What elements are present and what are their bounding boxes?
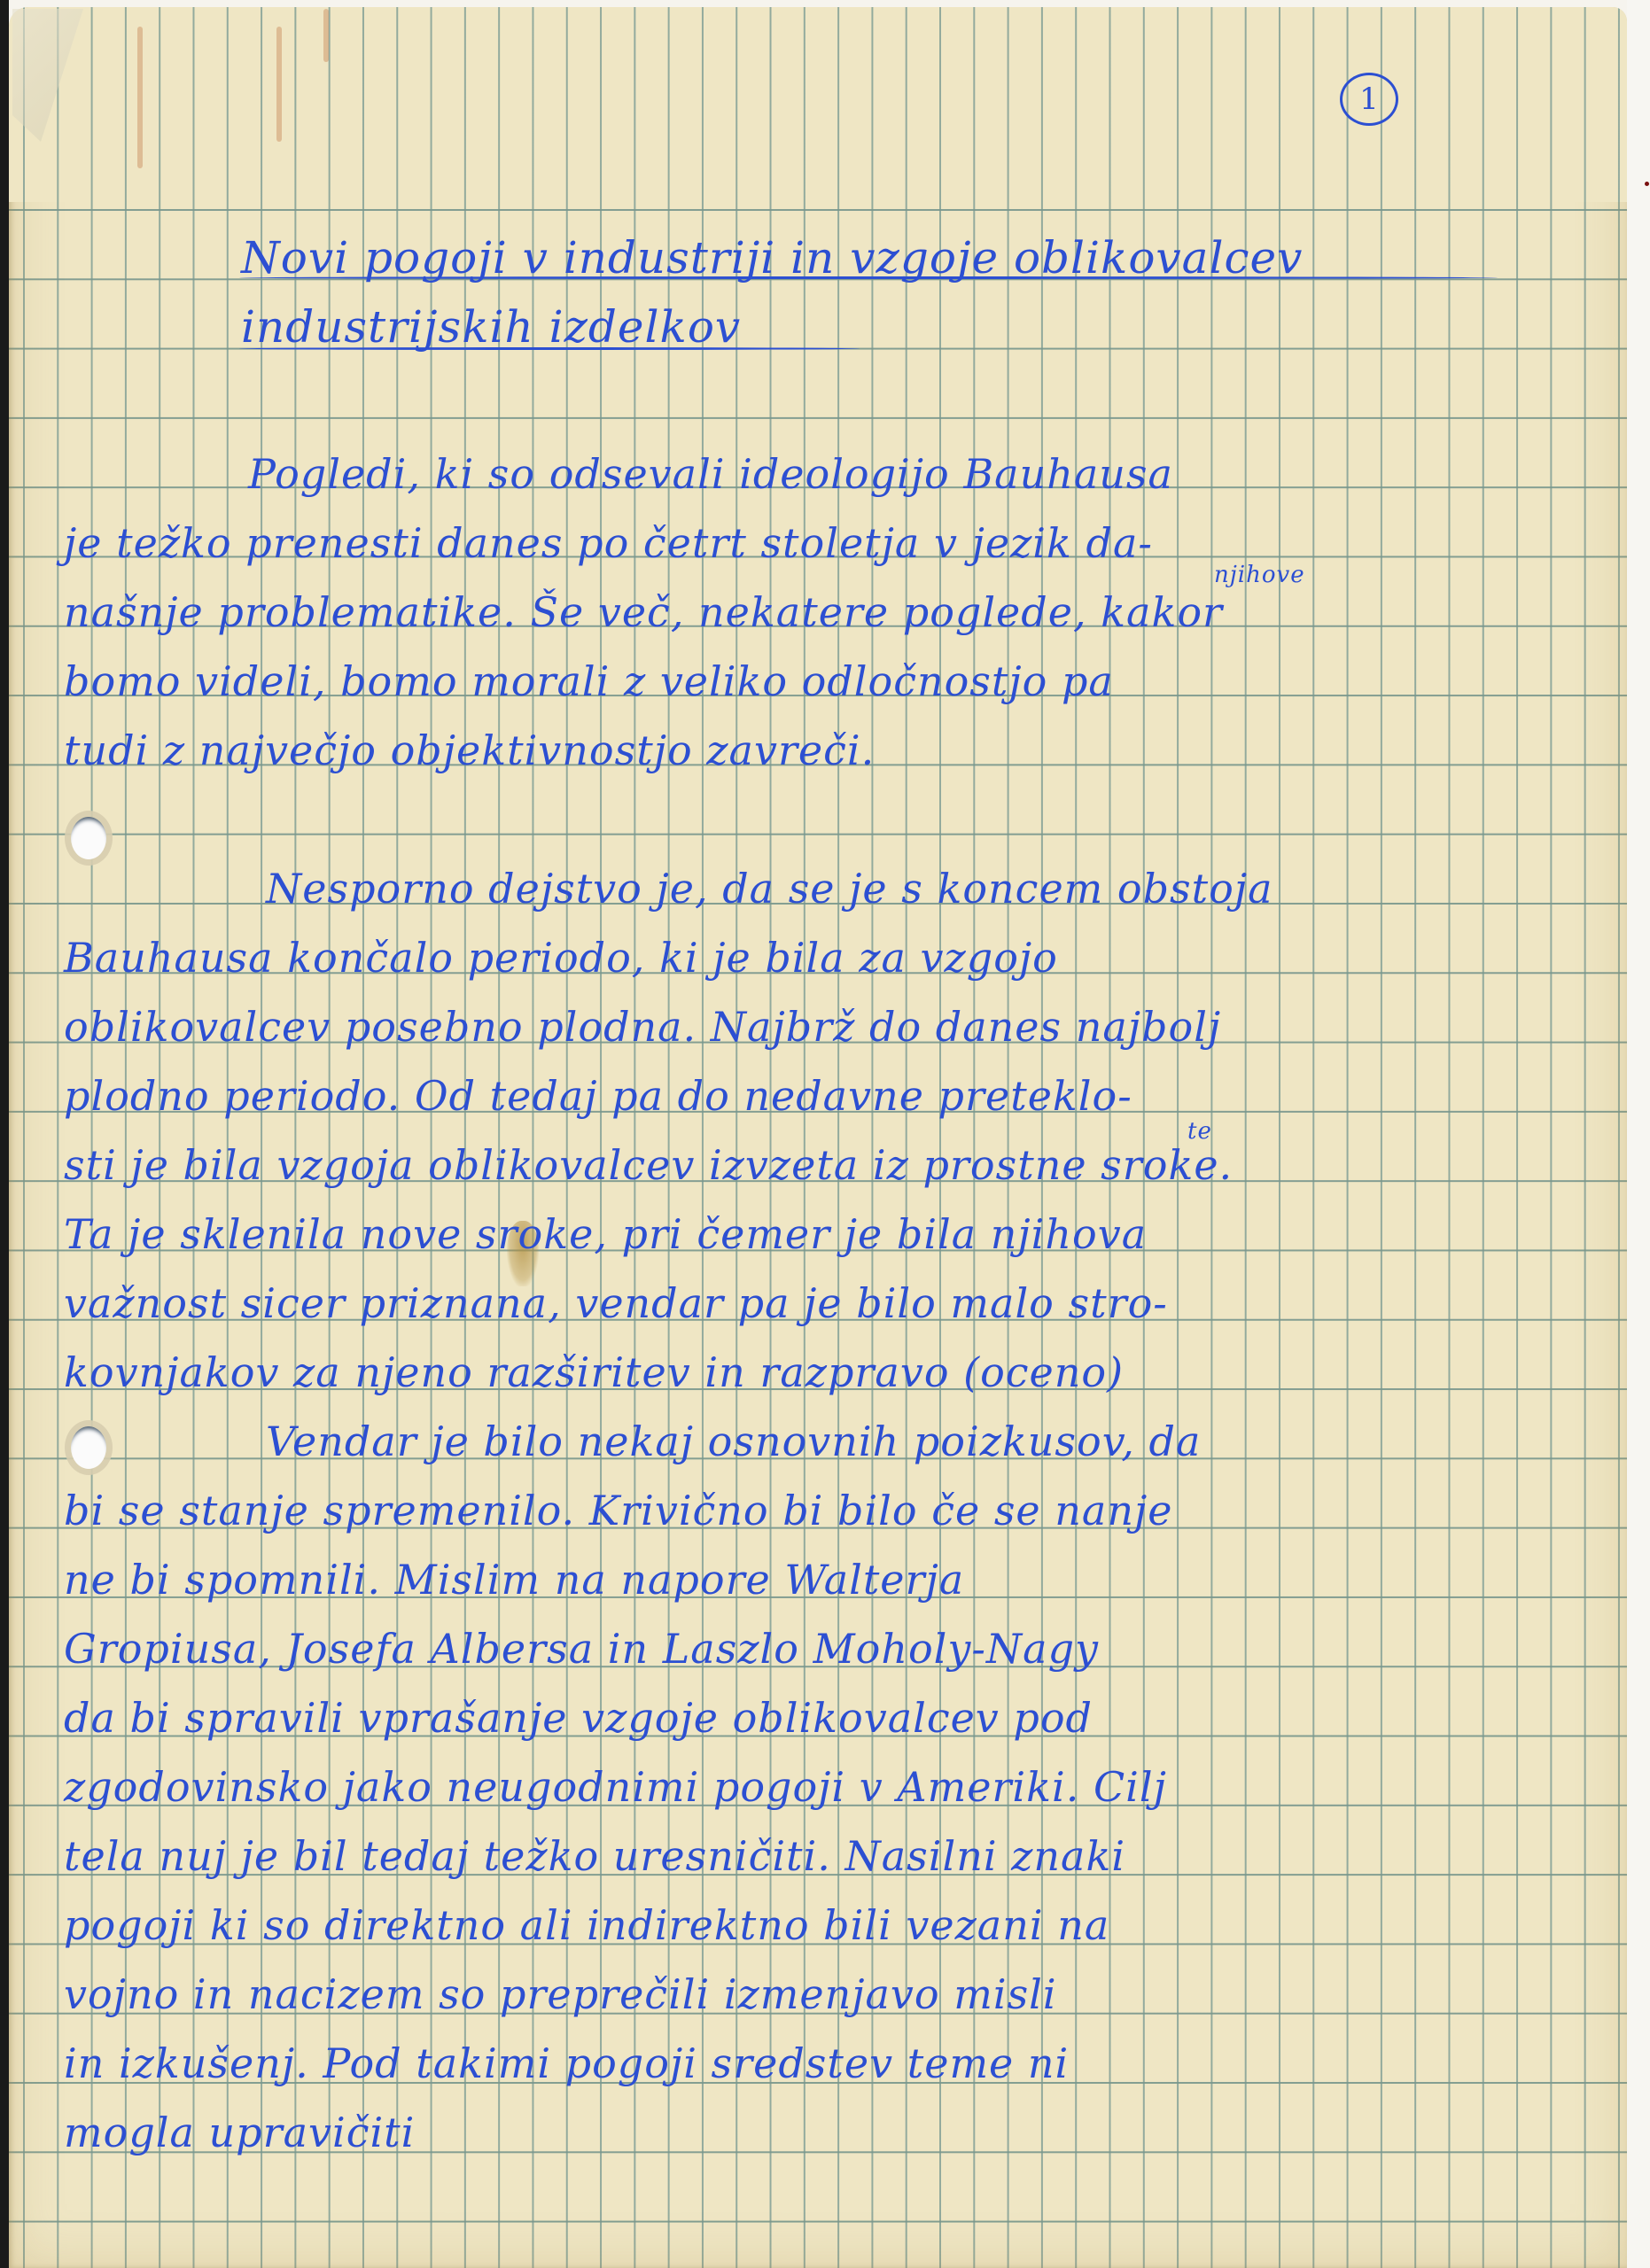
title-underline	[239, 276, 1498, 279]
text-line: bi se stanje spremenilo. Krivično bi bil…	[64, 1487, 1172, 1534]
scan-edge-left	[0, 0, 9, 2268]
text-line: Vendar je bilo nekaj osnovnih poizkusov,…	[266, 1417, 1201, 1465]
text-line: Gropiusa, Josefa Albersa in Laszlo Mohol…	[64, 1625, 1099, 1673]
rust-stain	[137, 27, 143, 168]
text-line: pogoji ki so direktno ali indirektno bil…	[64, 1901, 1109, 1949]
text-line: Ta je sklenila nove sroke, pri čemer je …	[64, 1210, 1147, 1258]
binder-hole	[71, 1426, 106, 1469]
rust-stain	[276, 27, 282, 142]
text-line: oblikovalcev posebno plodna. Najbrž do d…	[64, 1003, 1221, 1051]
text-line: važnost sicer priznana, vendar pa je bil…	[64, 1279, 1168, 1327]
title-underline	[239, 347, 860, 350]
text-line: je težko prenesti danes po četrt stoletj…	[64, 519, 1153, 567]
scan-background-right	[1627, 0, 1650, 2268]
title-line: industrijskih izdelkov	[241, 301, 741, 353]
text-line: tudi z največjo objektivnostjo zavreči.	[64, 726, 875, 774]
text-line: Bauhausa končalo periodo, ki je bila za …	[64, 934, 1058, 982]
page-number: 1	[1340, 73, 1398, 126]
text-line: mogla upravičiti	[64, 2109, 415, 2156]
text-line: tela nuj je bil tedaj težko uresničiti. …	[64, 1832, 1125, 1880]
text-line: Nesporno dejstvo je, da se je s koncem o…	[266, 865, 1273, 913]
margin-mark	[1645, 182, 1649, 186]
text-line: našnje problematike. Še več, nekatere po…	[64, 588, 1223, 636]
rust-stain	[323, 9, 329, 62]
text-line: in izkušenj. Pod takimi pogoji sredstev …	[64, 2039, 1069, 2087]
text-line: bomo videli, bomo morali z veliko odločn…	[64, 657, 1114, 705]
text-line: vojno in nacizem so preprečili izmenjavo…	[64, 1970, 1057, 2018]
text-line: da bi spravili vprašanje vzgoje oblikova…	[64, 1694, 1093, 1742]
text-line: kovnjakov za njeno razširitev in razprav…	[64, 1348, 1124, 1396]
text-line: zgodovinsko jako neugodnimi pogoji v Ame…	[64, 1763, 1167, 1811]
text-line: sti je bila vzgoja oblikovalcev izvzeta …	[64, 1141, 1233, 1189]
text-line: Pogledi, ki so odsevali ideologijo Bauha…	[248, 450, 1173, 498]
binder-hole	[71, 817, 106, 859]
inserted-word: njihove	[1214, 562, 1305, 588]
text-line: plodno periodo. Od tedaj pa do nedavne p…	[64, 1072, 1132, 1120]
text-line: ne bi spomnili. Mislim na napore Walterj…	[64, 1556, 964, 1604]
